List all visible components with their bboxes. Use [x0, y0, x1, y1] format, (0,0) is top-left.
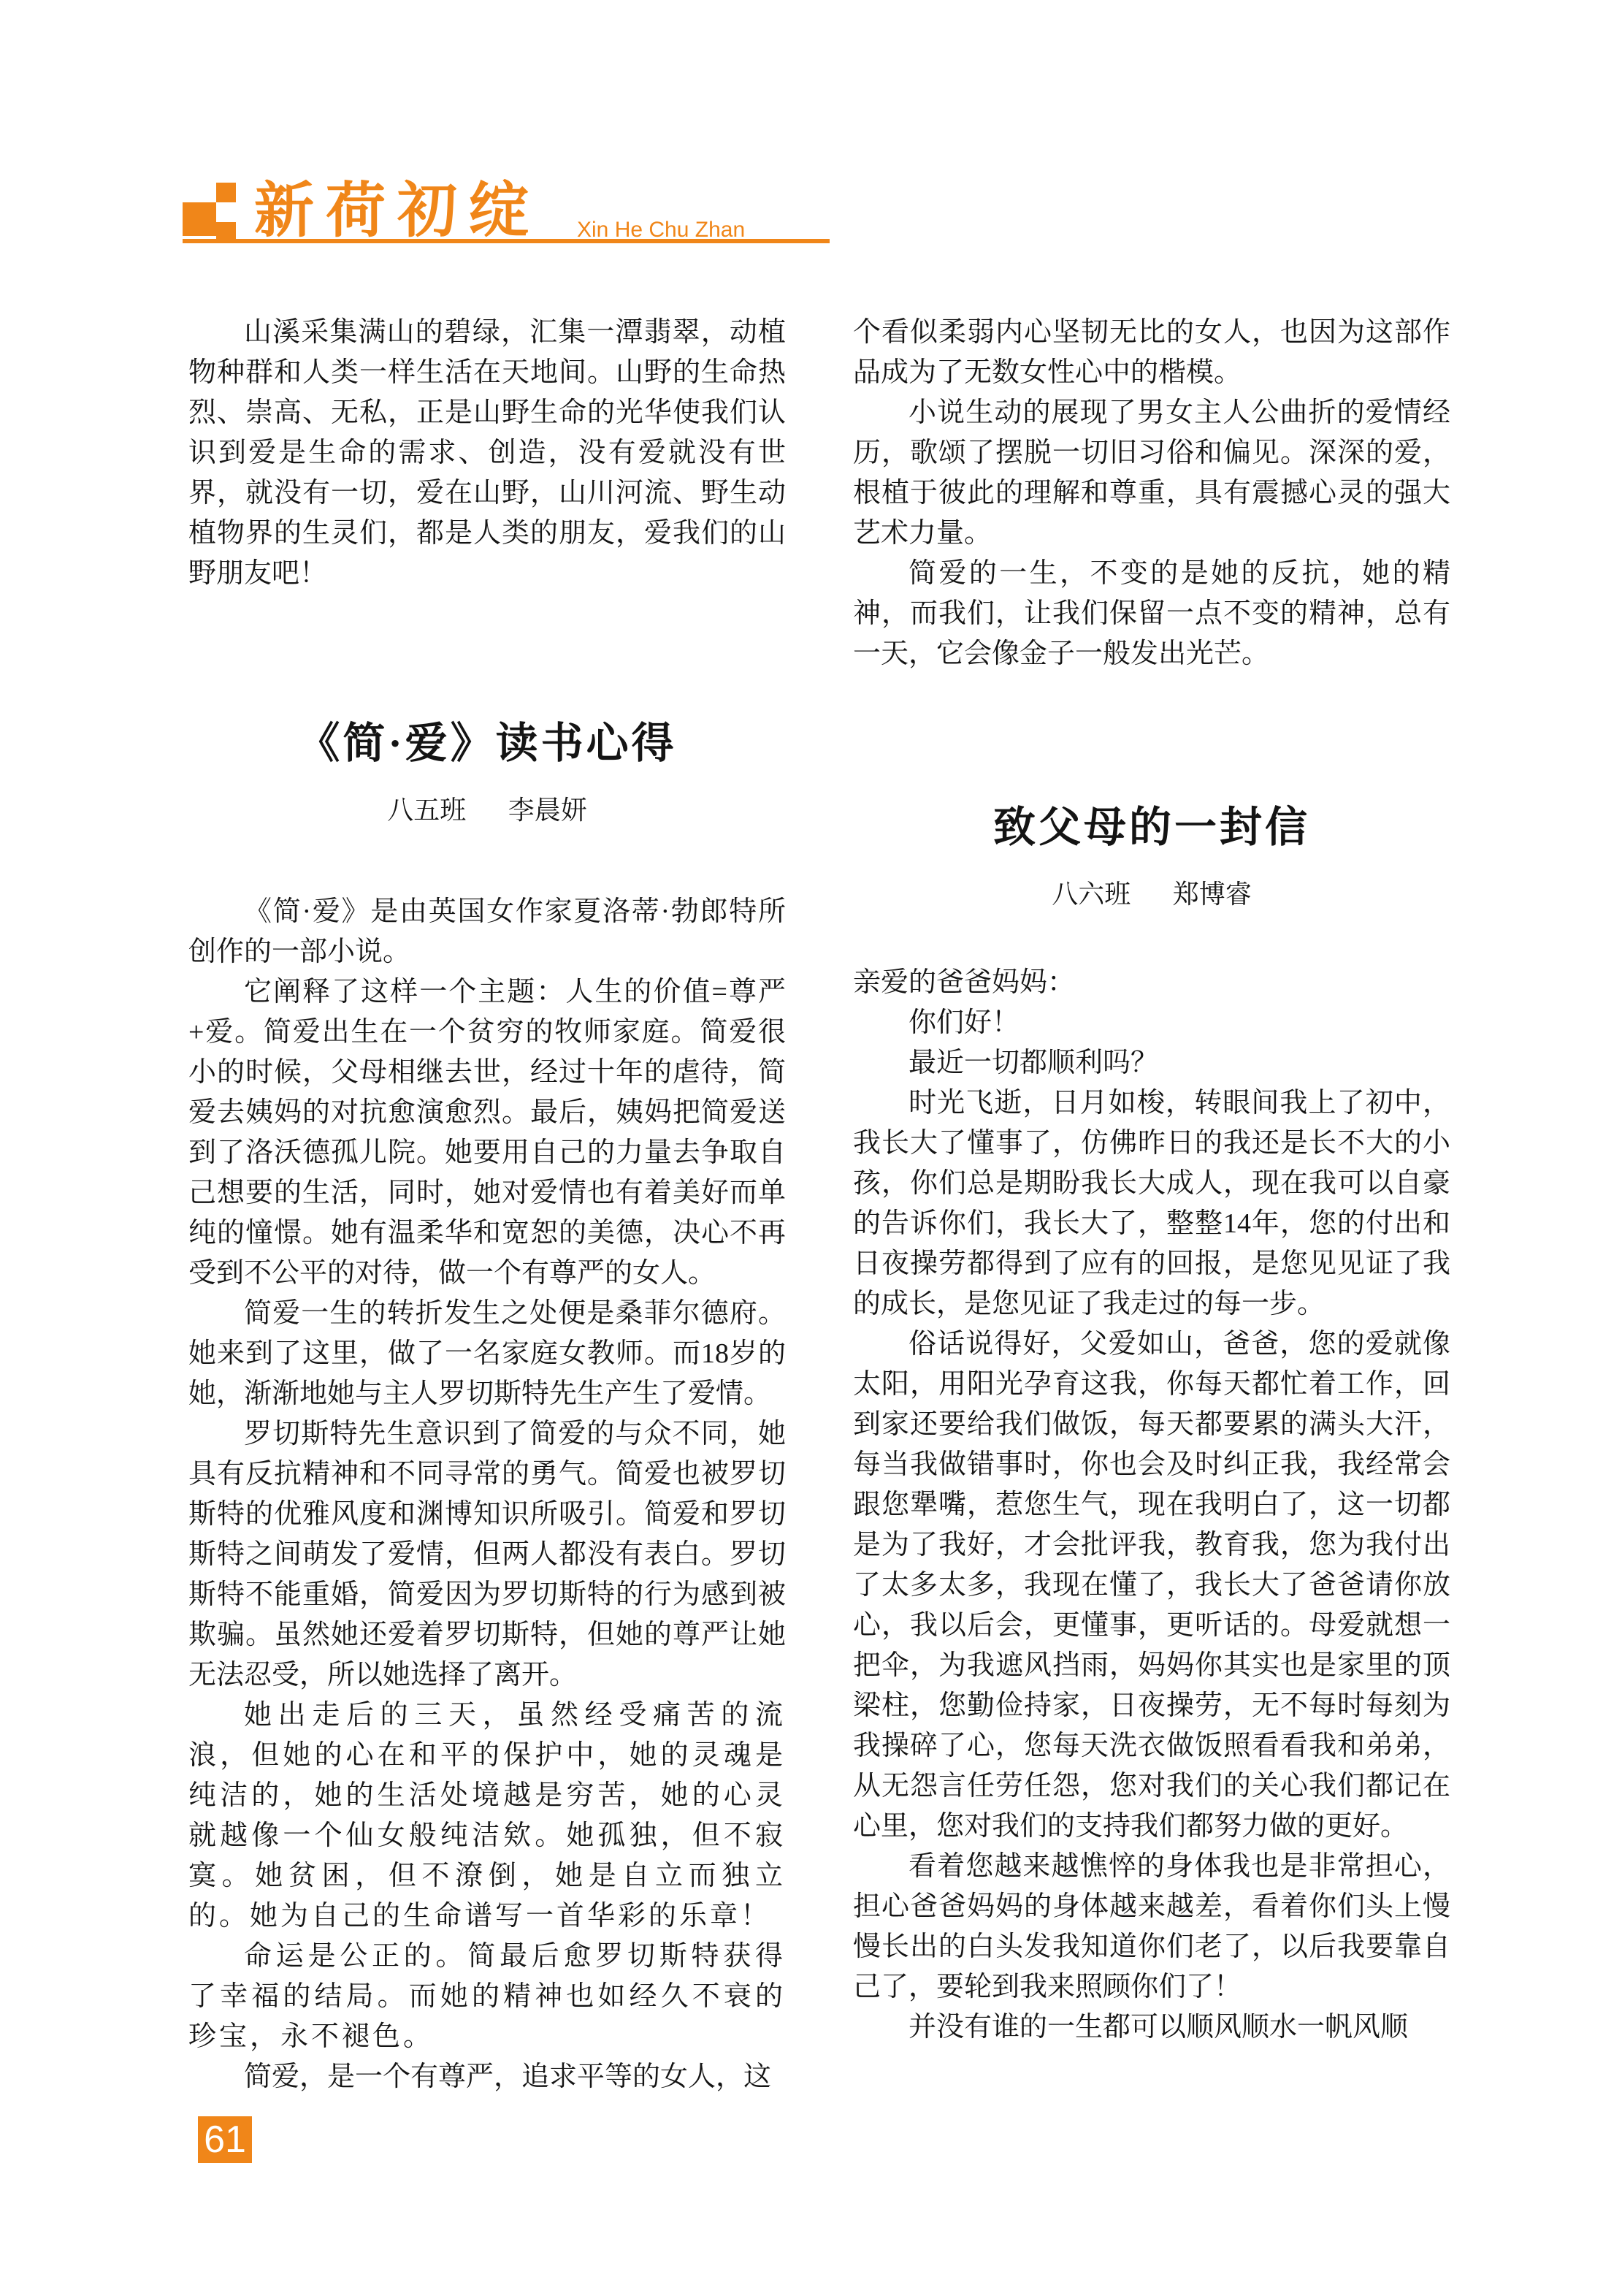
paragraph: 命运是公正的。简最后愈罗切斯特获得了幸福的结局。而她的精神也如经久不衰的珍宝，永… [188, 1937, 786, 2057]
brand-title: 新荷初绽 [254, 178, 540, 244]
header-rule [183, 239, 830, 243]
paragraph: 你们好！ [853, 1003, 1450, 1043]
article1-byline-class: 八五班 [387, 796, 466, 825]
paragraph: 看着您越来越憔悴的身体我也是非常担心，担心爸爸妈妈的身体越来越差，看着你们头上慢… [853, 1847, 1450, 2007]
lead-paragraphs: 山溪采集满山的碧绿，汇集一潭翡翠，动植物种群和人类一样生活在天地间。山野的生命热… [188, 313, 786, 594]
article1-title: 《简·爱》读书心得 [188, 718, 786, 769]
paragraph: 罗切斯特先生意识到了简爱的与众不同，她具有反抗精神和不同寻常的勇气。简爱也被罗切… [188, 1414, 786, 1696]
article1-body: 《简·爱》是由英国女作家夏洛蒂·勃郎特所创作的一部小说。它阐释了这样一个主题：人… [188, 892, 786, 2097]
paragraph: 它阐释了这样一个主题：人生的价值=尊严+爱。简爱出生在一个贫穷的牧师家庭。简爱很… [188, 972, 786, 1294]
paragraph: 简爱的一生，不变的是她的反抗，她的精神，而我们，让我们保留一点不变的精神，总有一… [853, 554, 1450, 674]
paragraph: 个看似柔弱内心坚韧无比的女人，也因为这部作品成为了无数女性心中的楷模。 [853, 313, 1450, 393]
article2-title: 致父母的一封信 [853, 802, 1450, 853]
article2-byline-author: 郑博睿 [1173, 880, 1252, 909]
magazine-page: 新荷初绽 Xin He Chu Zhan 山溪采集满山的碧绿，汇集一潭翡翠，动植… [0, 0, 1622, 2296]
paragraph: 时光飞逝，日月如梭，转眼间我上了初中，我长大了懂事了，仿佛昨日的我还是长不大的小… [853, 1083, 1450, 1324]
brand-squares-icon [183, 183, 240, 243]
left-column: 山溪采集满山的碧绿，汇集一潭翡翠，动植物种群和人类一样生活在天地间。山野的生命热… [188, 313, 786, 2097]
right-column: 个看似柔弱内心坚韧无比的女人，也因为这部作品成为了无数女性心中的楷模。小说生动的… [853, 313, 1450, 2048]
article2-byline-class: 八六班 [1052, 880, 1131, 909]
paragraph: 山溪采集满山的碧绿，汇集一潭翡翠，动植物种群和人类一样生活在天地间。山野的生命热… [188, 313, 786, 594]
paragraph: 《简·爱》是由英国女作家夏洛蒂·勃郎特所创作的一部小说。 [188, 892, 786, 972]
logo-square-big-icon [183, 202, 216, 236]
article2-letter-body: 亲爱的爸爸妈妈：你们好！最近一切都顺利吗？时光飞逝，日月如梭，转眼间我上了初中，… [853, 963, 1450, 2048]
paragraph: 并没有谁的一生都可以顺风顺水一帆风顺 [853, 2007, 1450, 2048]
paragraph: 小说生动的展现了男女主人公曲折的爱情经历，歌颂了摆脱一切旧习俗和偏见。深深的爱，… [853, 393, 1450, 554]
article1-byline: 八五班李晨妍 [188, 793, 786, 828]
paragraph: 亲爱的爸爸妈妈： [853, 963, 1450, 1003]
article1-continuation: 个看似柔弱内心坚韧无比的女人，也因为这部作品成为了无数女性心中的楷模。小说生动的… [853, 313, 1450, 674]
logo-square-top-icon [216, 183, 236, 202]
paragraph: 简爱，是一个有尊严，追求平等的女人，这 [188, 2057, 786, 2097]
paragraph: 最近一切都顺利吗？ [853, 1043, 1450, 1083]
article2-byline: 八六班郑博睿 [853, 877, 1450, 912]
paragraph: 她出走后的三天，虽然经受痛苦的流浪，但她的心在和平的保护中，她的灵魂是纯洁的，她… [188, 1696, 786, 1937]
page-number-badge: 61 [198, 2116, 252, 2163]
paragraph: 俗话说得好，父爱如山，爸爸，您的爱就像太阳，用阳光孕育这我，你每天都忙着工作，回… [853, 1324, 1450, 1847]
article1-byline-author: 李晨妍 [508, 796, 587, 825]
paragraph: 简爱一生的转折发生之处便是桑菲尔德府。她来到了这里，做了一名家庭女教师。而18岁… [188, 1294, 786, 1414]
